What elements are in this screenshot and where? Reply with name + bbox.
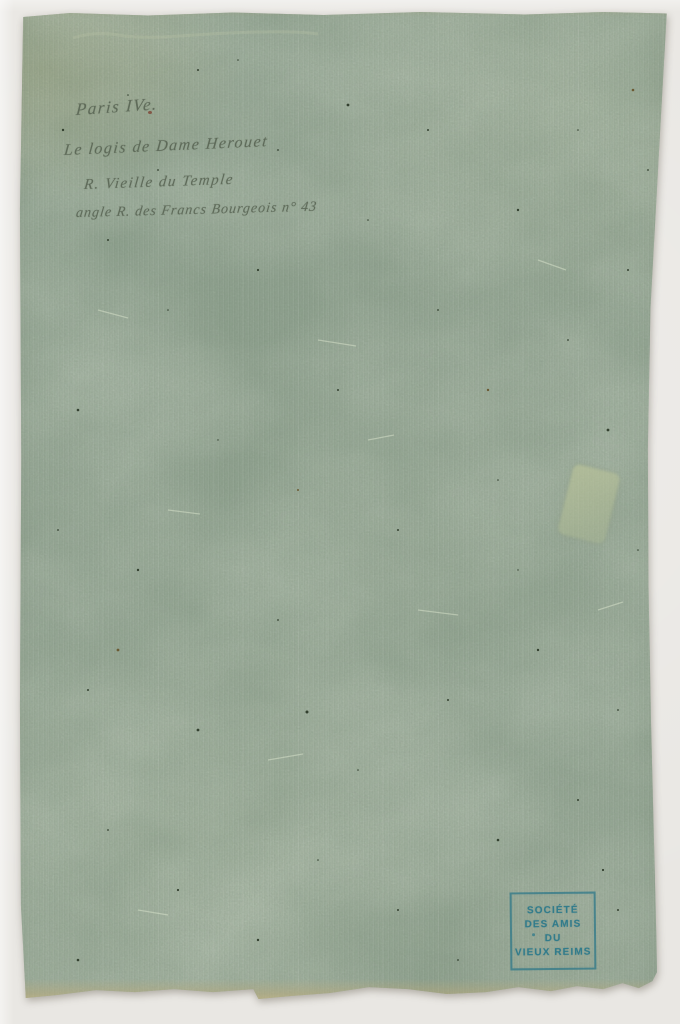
document-paper: Paris IVe. Le logis de Dame Herouet R. V… [18,10,668,1005]
photo-background: Paris IVe. Le logis de Dame Herouet R. V… [0,0,680,1024]
deckle-edge [18,979,668,1005]
stamp-line-2: DES AMIS [524,917,581,931]
society-stamp: SOCIÉTÉ DES AMIS DU VIEUX REIMS [510,892,597,971]
stamp-line-3: DU [545,931,562,944]
stamp-line-4: VIEUX REIMS [515,945,592,959]
ink-blot [532,933,535,936]
stamp-line-1: SOCIÉTÉ [527,903,579,917]
paper-sheet: Paris IVe. Le logis de Dame Herouet R. V… [18,10,668,1005]
